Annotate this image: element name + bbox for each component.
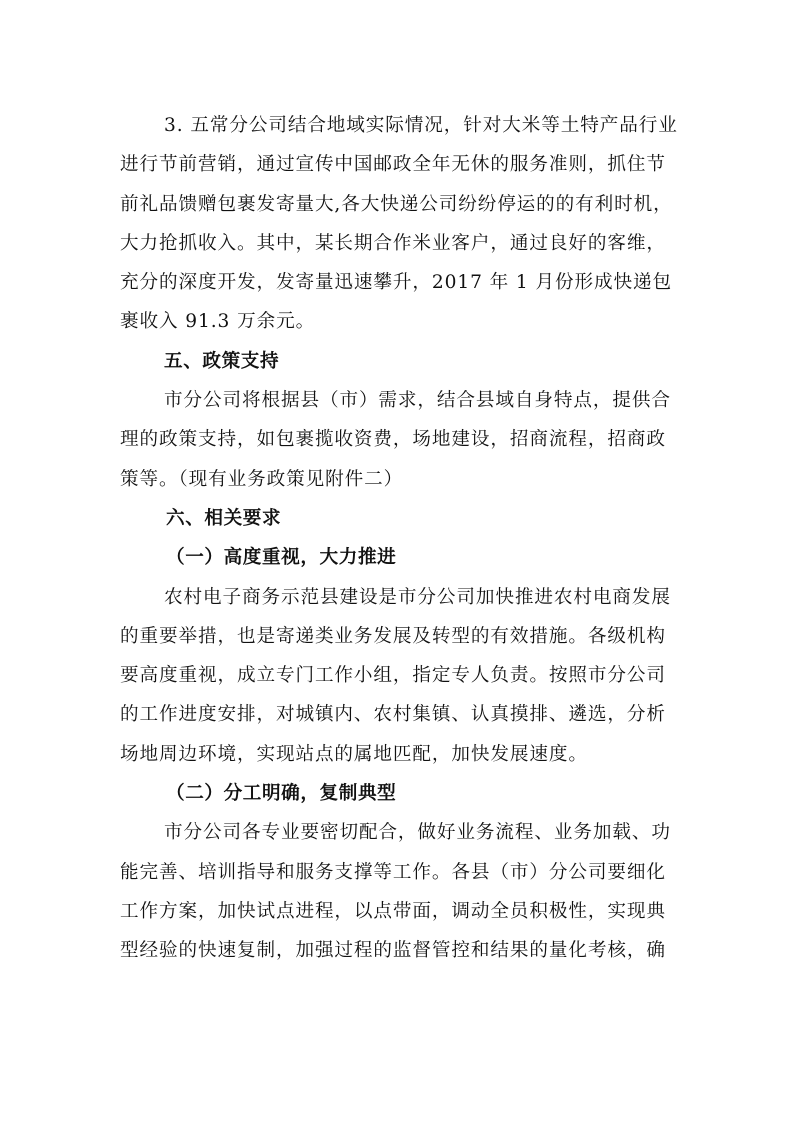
text-line: 农村电子商务示范县建设是市分公司加快推进农村电商发展	[120, 578, 680, 617]
text-line: 3. 五常分公司结合地域实际情况，针对大米等土特产品行业	[120, 106, 680, 145]
paragraph-policy: 市分公司将根据县（市）需求，结合县域自身特点，提供合 理的政策支持，如包裹揽收资…	[120, 381, 680, 499]
subheading-clear-division: （二）分工明确，复制典型	[120, 774, 680, 813]
document-page: 3. 五常分公司结合地域实际情况，针对大米等土特产品行业 进行节前营销，通过宣传…	[0, 0, 794, 1123]
text-line: 的工作进度安排，对城镇内、农村集镇、认真摸排、遴选，分析	[120, 695, 680, 734]
text-line: 能完善、培训指导和服务支撑等工作。各县（市）分公司要细化	[120, 853, 680, 892]
text-line: 前礼品馈赠包裹发寄量大,各大快递公司纷纷停运的的有利时机，	[120, 185, 680, 224]
text-line: 工作方案，加快试点进程，以点带面，调动全员积极性，实现典	[120, 892, 680, 931]
text-line: 要高度重视，成立专门工作小组，指定专人负责。按照市分公司	[120, 656, 680, 695]
text-line: 充分的深度开发，发寄量迅速攀升，2017 年 1 月份形成快递包	[120, 263, 680, 302]
text-line: 裹收入 91.3 万余元。	[120, 302, 680, 341]
text-line: 的重要举措，也是寄递类业务发展及转型的有效措施。各级机构	[120, 617, 680, 656]
section-heading-policy-support: 五、政策支持	[120, 342, 680, 381]
text-line: 进行节前营销，通过宣传中国邮政全年无休的服务准则，抓住节	[120, 145, 680, 184]
text-line: 市分公司将根据县（市）需求，结合县域自身特点，提供合	[120, 381, 680, 420]
document-body: 3. 五常分公司结合地域实际情况，针对大米等土特产品行业 进行节前营销，通过宣传…	[120, 106, 680, 971]
text-line: 大力抢抓收入。其中，某长期合作米业客户，通过良好的客维，	[120, 224, 680, 263]
paragraph-item-3: 3. 五常分公司结合地域实际情况，针对大米等土特产品行业 进行节前营销，通过宣传…	[120, 106, 680, 342]
text-line: 理的政策支持，如包裹揽收资费，场地建设，招商流程，招商政	[120, 420, 680, 459]
text-line: 场地周边环境，实现站点的属地匹配，加快发展速度。	[120, 735, 680, 774]
text-line: 策等。（现有业务政策见附件二）	[120, 460, 680, 499]
paragraph-cooperation: 市分公司各专业要密切配合，做好业务流程、业务加载、功 能完善、培训指导和服务支撑…	[120, 813, 680, 970]
text-line: 市分公司各专业要密切配合，做好业务流程、业务加载、功	[120, 813, 680, 852]
subheading-high-attention: （一）高度重视，大力推进	[120, 538, 680, 577]
text-line: 型经验的快速复制，加强过程的监督管控和结果的量化考核，确	[120, 931, 680, 970]
paragraph-rural-ecommerce: 农村电子商务示范县建设是市分公司加快推进农村电商发展 的重要举措，也是寄递类业务…	[120, 578, 680, 774]
section-heading-requirements: 六、相关要求	[120, 499, 680, 538]
